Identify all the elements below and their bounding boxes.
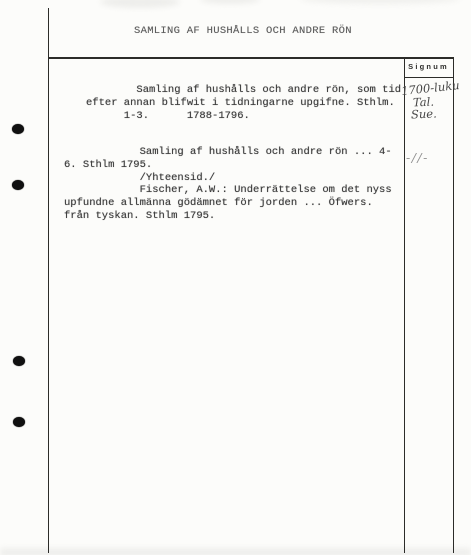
right-border-rule <box>453 57 455 553</box>
signum-column-header: Signum <box>404 62 454 71</box>
entry-text-line: 6. Sthlm 1795. <box>64 159 392 172</box>
entry-text-line: från tyskan. Sthlm 1795. <box>64 210 392 223</box>
entry-text-line: Samling af hushålls och andre rön ... 4- <box>64 146 392 159</box>
signum-column-left-rule <box>404 57 406 553</box>
punch-hole <box>12 124 24 135</box>
catalog-entry: Samling af hushålls och andre rön, som t… <box>86 84 401 122</box>
punch-hole <box>13 356 25 367</box>
scan-smudge <box>200 0 260 4</box>
entry-text-line: upfundne allmänna gödämnet för jorden ..… <box>64 197 392 210</box>
entry-text-line: efter annan blifwit i tidningarne upgifn… <box>86 97 401 110</box>
signum-header-divider <box>404 77 455 79</box>
entry-text-line: Samling af hushålls och andre rön, som t… <box>86 84 401 97</box>
entry-text-line: 1-3. 1788-1796. <box>86 110 401 123</box>
left-margin-rule <box>48 8 50 553</box>
catalog-entry: Samling af hushålls och andre rön ... 4-… <box>64 146 392 223</box>
handwritten-shelfmark-line: Sue. <box>411 107 437 122</box>
scan-smudge <box>300 0 460 4</box>
page-title: SAMLING AF HUSHÅLLS OCH ANDRE RÖN <box>134 25 352 37</box>
punch-hole <box>12 180 24 191</box>
entry-text-line: Fischer, A.W.: Underrättelse om det nyss <box>64 184 392 197</box>
handwritten-ditto-mark: -//- <box>406 150 429 165</box>
scan-edge-shadow <box>0 548 471 555</box>
top-rule <box>48 57 454 59</box>
catalog-card-page: SAMLING AF HUSHÅLLS OCH ANDRE RÖN Signum… <box>0 0 471 555</box>
punch-hole <box>13 417 25 428</box>
entry-text-line: /Yhteensid./ <box>64 172 392 185</box>
scan-smudge <box>100 0 180 8</box>
